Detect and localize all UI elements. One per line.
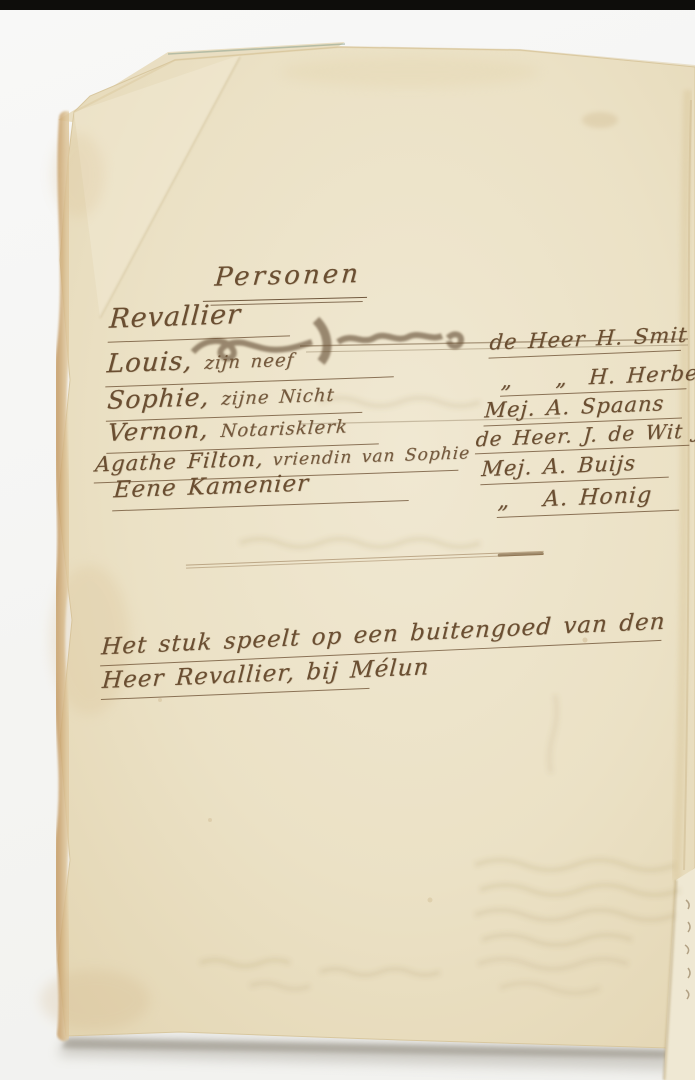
setting-line-1: Het stuk speelt op een buitengoed van de… (100, 609, 666, 661)
cast-row-louis: Louis,zijn neef (106, 343, 296, 380)
page-title-text: Personen (214, 259, 363, 293)
section-divider (186, 551, 544, 569)
character-name: Sophie, (106, 382, 210, 415)
cast-row-vernon: Vernon,Notarisklerk (107, 410, 349, 446)
character-name: Vernon, (107, 415, 210, 447)
character-role: vriendin van Sophie (272, 443, 471, 470)
actor-name: de Heer H. Smit (489, 323, 689, 355)
actor-name-text: Mej. A. Buijs (481, 451, 637, 481)
actor-name: „ „ H. Herbert (500, 360, 695, 393)
character-role: zijn neef (204, 350, 295, 374)
character-name: Louis, (106, 346, 194, 379)
scan-top-bar (0, 0, 695, 10)
actor-name-text: „ A. Honig (497, 483, 653, 514)
page-title: Personen (208, 259, 369, 293)
character-role: Notarisklerk (220, 417, 349, 442)
actor-name: de Heer. J. de Wit Jz (475, 418, 695, 452)
manuscript-page: Personen Revallier Louis,zijn neef Sophi… (0, 0, 695, 1080)
underline (108, 335, 290, 342)
setting-text-2: Heer Revallier, bij Mélun (101, 654, 430, 694)
manuscript-photo: Personen Revallier Louis,zijn neef Sophi… (0, 0, 695, 1080)
actor-name: „ A. Honig (497, 483, 653, 514)
cast-row-sophie: Sophie,zijne Nicht (106, 378, 336, 415)
character-role: zijne Nicht (221, 385, 336, 410)
cast-row-kamenier: Eene Kamenier (113, 471, 310, 504)
character-name: Revallier (108, 299, 242, 335)
actor-name: Mej. A. Buijs (481, 451, 637, 481)
cast-row-revallier: Revallier (108, 299, 242, 335)
actor-name-text: „ „ H. Herbert (500, 360, 695, 393)
character-name: Eene Kamenier (113, 471, 310, 504)
setting-line-2: Heer Revallier, bij Mélun (101, 654, 430, 694)
